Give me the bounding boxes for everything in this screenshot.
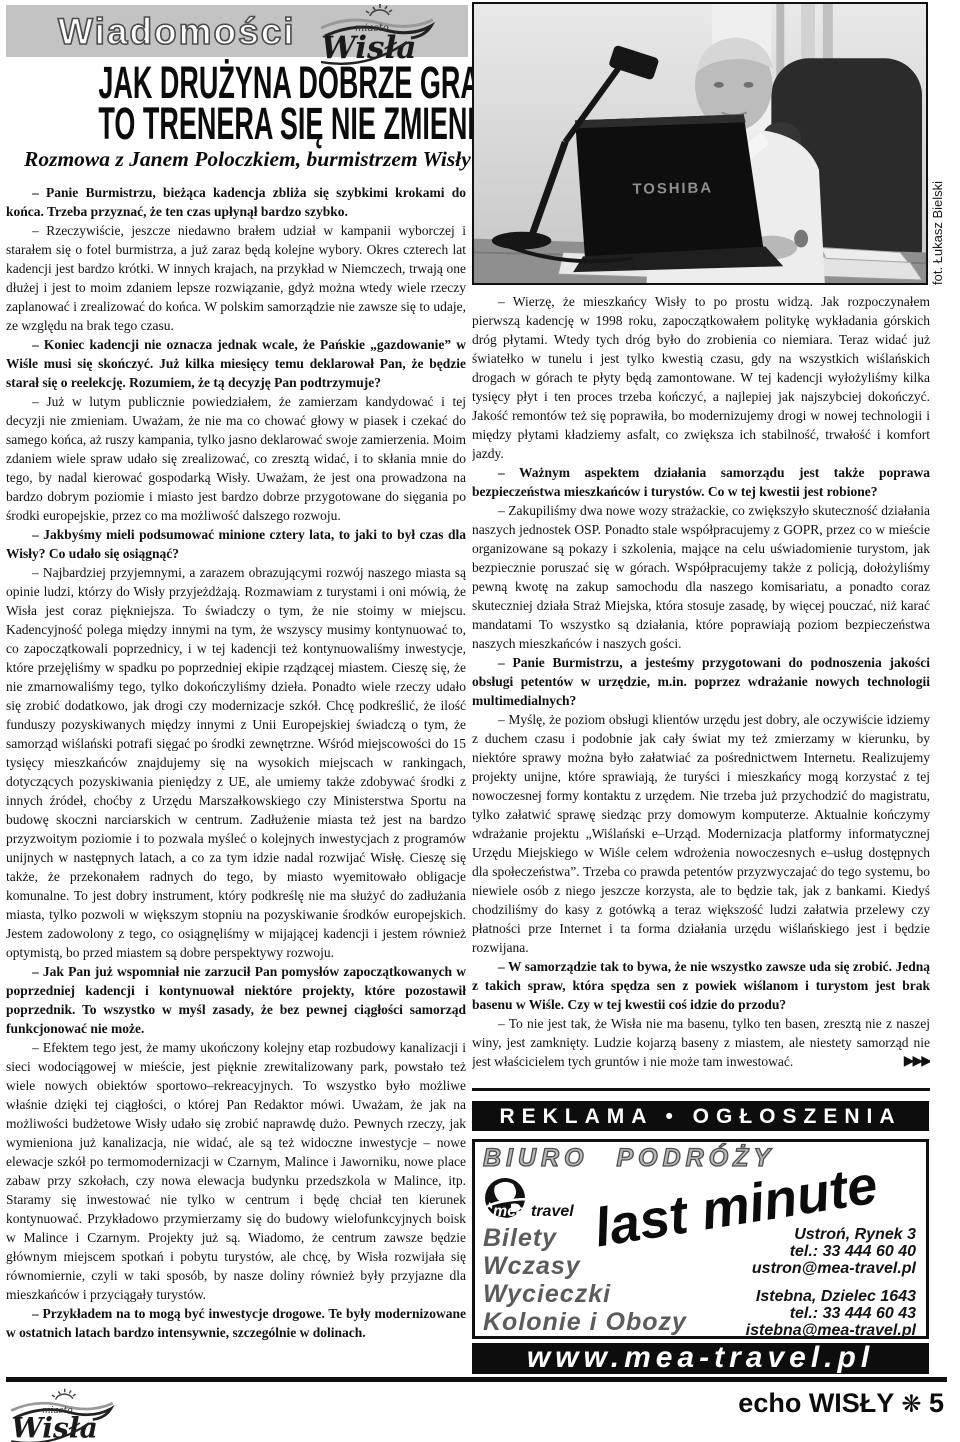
page-footer: echo WISŁY ❋ 5: [738, 1388, 944, 1419]
brand-mea: mea: [493, 1203, 525, 1220]
question-paragraph: – Jakbyśmy mieli podsumować minione czte…: [6, 525, 466, 563]
left-column: – Panie Burmistrzu, bieżąca kadencja zbl…: [6, 183, 466, 1371]
divider-rule: [472, 1088, 930, 1091]
interview-photo: TOSHIBA: [472, 2, 928, 285]
contact-phone: tel.: 33 444 60 40: [752, 1243, 916, 1260]
answer-paragraph: – To nie jest tak, że Wisła nie ma basen…: [472, 1014, 930, 1071]
service-item: Wczasy: [483, 1252, 687, 1280]
contact-phone: tel.: 33 444 60 43: [746, 1305, 916, 1322]
contact-email: istebna@mea-travel.pl: [746, 1322, 916, 1339]
service-item: Wycieczki: [483, 1280, 687, 1308]
answer-paragraph: – Zakupiliśmy dwa nowe wozy strażackie, …: [472, 501, 930, 653]
section-header-bar: Wiadomości: [6, 5, 468, 57]
ad-contact-ustron: Ustroń, Rynek 3 tel.: 33 444 60 40 ustro…: [752, 1226, 916, 1277]
right-column: – Wierzę, że mieszkańcy Wisły to po pros…: [472, 292, 930, 1084]
continuation-arrows-icon: ▶▶▶: [904, 1052, 930, 1071]
ad-header: BIURO PODRÓŻY: [483, 1144, 775, 1173]
question-paragraph: – Jak Pan już wspomniał nie zarzucił Pan…: [6, 962, 466, 1038]
answer-paragraph: – Efektem tego jest, że mamy ukończony k…: [6, 1038, 466, 1304]
wisla-city-logo: [316, 1, 438, 65]
laptop-brand-text: TOSHIBA: [632, 180, 713, 197]
travel-agency-ad: BIURO PODRÓŻY mea travel Bilety Wczasy W…: [472, 1139, 929, 1339]
title-line-2: TO TRENERA SIĘ NIE ZMIENIA: [98, 103, 375, 144]
answer-paragraph: – Wierzę, że mieszkańcy Wisły to po pros…: [472, 292, 930, 463]
answer-paragraph: – Już w lutym publicznie powiedziałem, ż…: [6, 392, 466, 525]
section-label: Wiadomości: [58, 5, 296, 57]
answer-paragraph: – Najbardziej przyjemnymi, a zarazem obr…: [6, 563, 466, 962]
ad-website-bar: www.mea-travel.pl: [472, 1343, 929, 1374]
question-paragraph: – Ważnym aspektem działania samorządu je…: [472, 463, 930, 501]
question-paragraph: – Przykładem na to mogą być inwestycje d…: [6, 1304, 466, 1342]
answer-paragraph: – Rzeczywiście, jeszcze niedawno brałem …: [6, 221, 466, 335]
publication-name: echo WISŁY: [738, 1388, 894, 1418]
flower-asterisk-icon: ❋: [901, 1390, 921, 1418]
wisla-city-logo-footer: [4, 1386, 120, 1442]
page-number: 5: [929, 1388, 944, 1418]
question-paragraph: – W samorządzie tak to bywa, że nie wszy…: [472, 957, 930, 1014]
title-line-1: JAK DRUŻYNA DOBRZE GRA,: [98, 62, 375, 103]
reklama-banner: REKLAMA • OGŁOSZENIA: [472, 1101, 929, 1131]
wristwatch: [794, 230, 808, 248]
article-subtitle: Rozmowa z Janem Poloczkiem, burmistrzem …: [24, 147, 471, 172]
answer-paragraph: – Myślę, że poziom obsługi klientów urzę…: [472, 710, 930, 957]
ad-contact-istebna: Istebna, Dzielec 1643 tel.: 33 444 60 43…: [746, 1288, 916, 1339]
question-paragraph: – Panie Burmistrzu, bieżąca kadencja zbl…: [6, 183, 466, 221]
contact-address: Istebna, Dzielec 1643: [746, 1288, 916, 1305]
contact-address: Ustroń, Rynek 3: [752, 1226, 916, 1243]
question-paragraph: – Panie Burmistrzu, a jesteśmy przygotow…: [472, 653, 930, 710]
contact-email: ustron@mea-travel.pl: [752, 1260, 916, 1277]
article-title: JAK DRUŻYNA DOBRZE GRA, TO TRENERA SIĘ N…: [6, 62, 468, 144]
footer-rule: [6, 1377, 947, 1382]
brand-travel: travel: [531, 1203, 574, 1220]
photo-credit: fot. Łukasz Bielski: [930, 145, 946, 285]
service-item: Kolonie i Obozy: [483, 1308, 687, 1336]
question-paragraph: – Koniec kadencji nie oznacza jednak wca…: [6, 335, 466, 392]
